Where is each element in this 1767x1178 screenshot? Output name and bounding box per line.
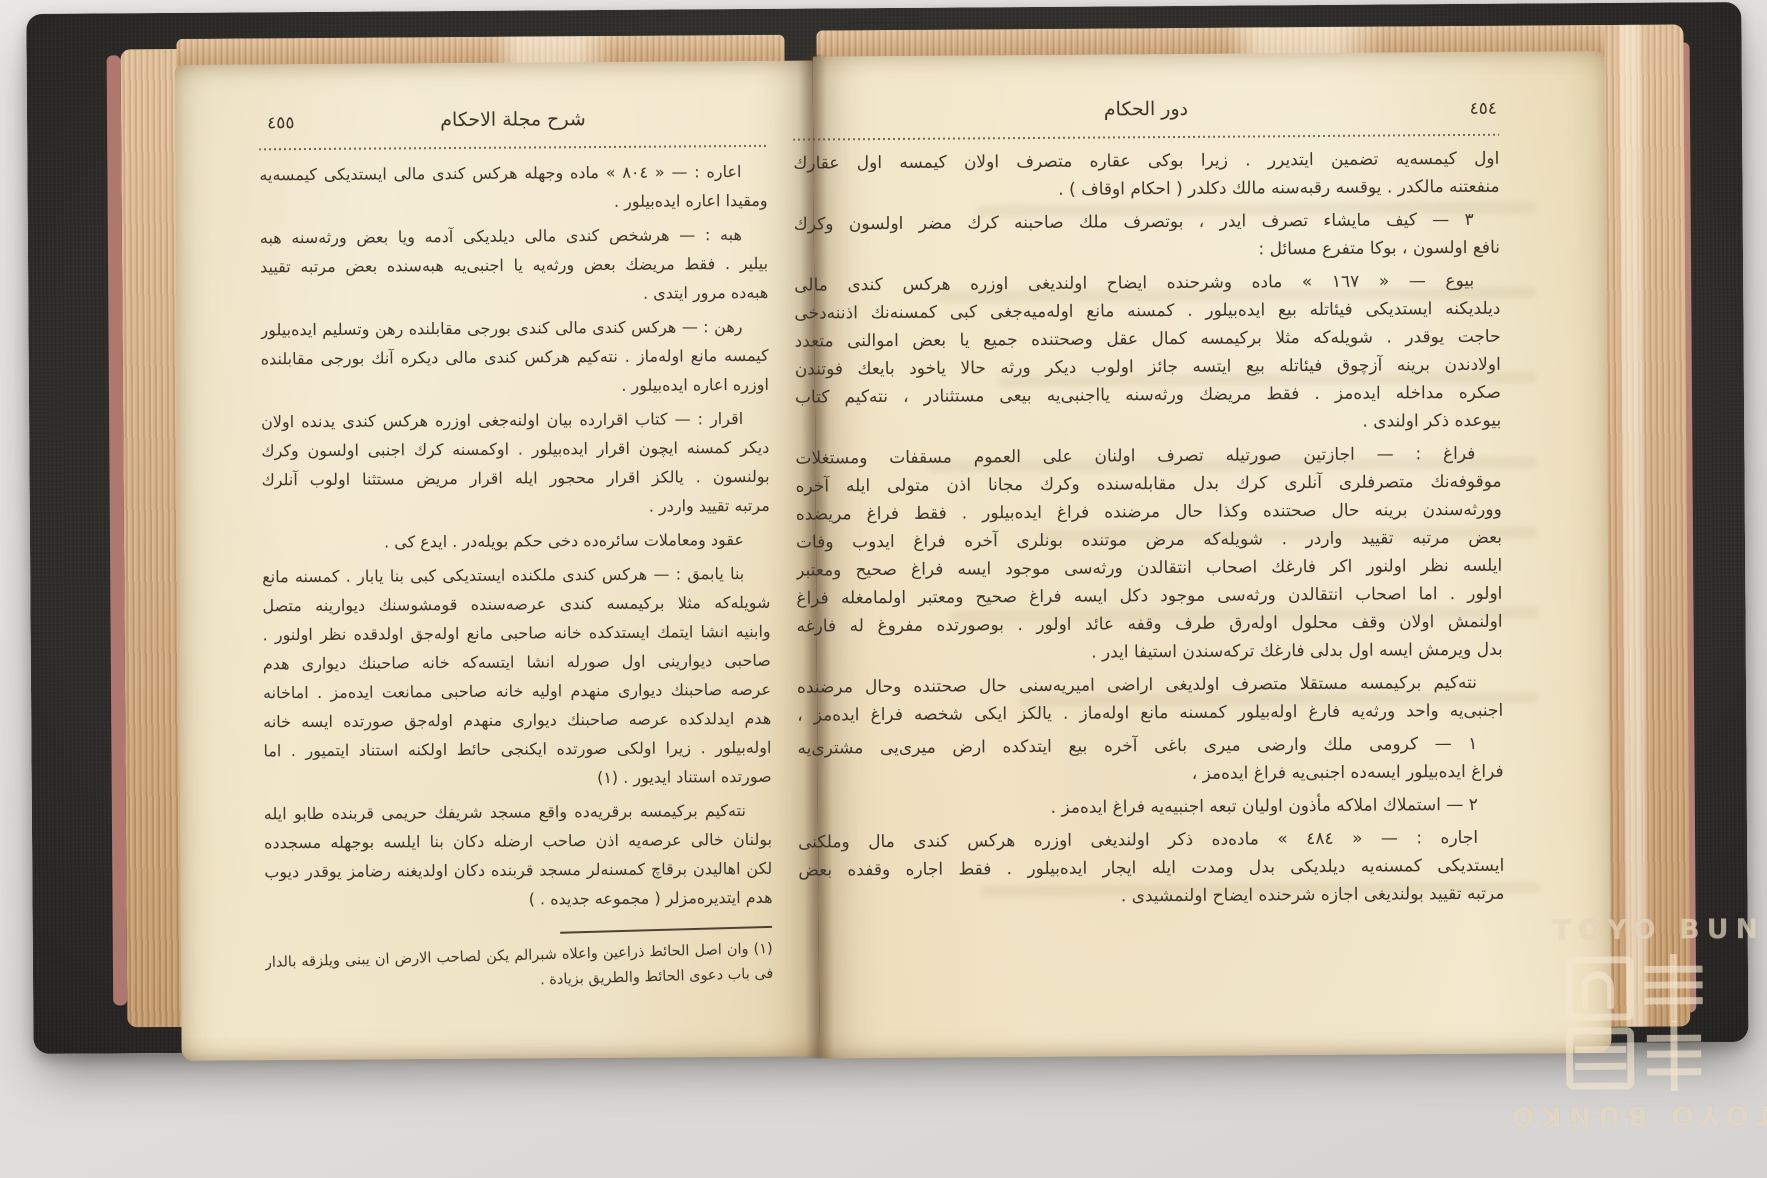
text-line: عقود ومعاملات سائره‌ده دخى حكم بويله‌در … [262, 525, 770, 558]
text-line: لكن اهاليدن برقاچ كمسنه‌لر مسجد قربنده د… [264, 854, 772, 887]
right-page-body: اول كيمسه‌يه تضمين ايتديرر . زيرا بوكى ع… [793, 146, 1504, 914]
text-line: وابنيه انشا ايتمك ايستدكده خانه صاحبى ما… [263, 617, 771, 650]
text-line: نته‌كيم بركيمسه برقريه‌ده واقع مسجد شريف… [264, 796, 772, 829]
text-line: رهن : — هركس كندى مالى كندى بورجى مقابلن… [260, 312, 768, 345]
text-line: نافع اولسون ، بوكا متفرع مسائل : [794, 235, 1500, 268]
text-line: كيمسه مانع اوله‌ماز . نته‌كيم هركس كندى … [261, 341, 769, 374]
text-line: بولنسون . يالكز اقرار محجور ايله اقرار م… [261, 462, 769, 495]
text-line: فراغ ايده‌بيلور ايسه‌ده اجنبى‌يه فراغ اي… [798, 759, 1504, 792]
header-rule [259, 145, 767, 151]
right-page-header: ٤٥٤ دور الحكام [793, 96, 1499, 135]
text-line: اجنبى‌يه واحد ورثه‌يه فارغ اوله‌بيلور كم… [797, 698, 1503, 731]
book: ٤٥٥ شرح مجلة الاحكام اعاره : — « ٨٠٤ » م… [26, 2, 1748, 1084]
left-page-header-title: شرح مجلة الاحكام [259, 107, 767, 133]
text-line: بولنان خالى عرصه‌يه اذن صاحب ارضله دكان … [264, 825, 772, 858]
text-line: صاحبى ديوارينى اول صورله انشا ايتسه‌كه خ… [263, 646, 771, 679]
photo-backdrop: ٤٥٥ شرح مجلة الاحكام اعاره : — « ٨٠٤ » م… [0, 0, 1767, 1178]
text-line: ٢ — استملاك املاكه مأذون اوليان تبعه اجن… [798, 792, 1504, 825]
text-line: بيوعده ذكر اولندى . [795, 408, 1501, 441]
text-line: صورتده استناد ايديور . (١) [264, 762, 772, 795]
text-line: شويله‌كه مثلا بركيمسه كندى عرصه‌سنده قوم… [262, 588, 770, 621]
text-line: مرتبه تقييد بولنديغى اجازه شرحنده ايضاح … [798, 881, 1504, 914]
text-line: عرصه صاحبنك ديوارى منهدم اوليه خانه صاحب… [263, 675, 771, 708]
text-line: بنا يابمق : — هركس كندى ملكنده ايستديكى … [262, 559, 770, 592]
right-page-header-title: دور الحكام [793, 96, 1499, 123]
text-line: هبه : — هرشخص كندى مالى ديلديكى آدمه ويا… [260, 220, 768, 253]
left-page-body: اعاره : — « ٨٠٤ » ماده وجهله هركس كندى م… [259, 157, 772, 916]
text-line: بدل ويرمش ايسه اول بدلى فارغك تركه‌سندن … [797, 637, 1503, 670]
text-line: اوله‌بيلور . زيرا اولكى صورتده ايكنجى حا… [263, 733, 771, 766]
footnote-rule [560, 926, 772, 934]
text-line: اقرار : — كتاب اقرارده بيان اولنه‌جغى او… [261, 404, 769, 437]
text-line: هبه‌ده مرور ايتدى . [260, 278, 768, 311]
header-rule [793, 134, 1499, 141]
text-line: ديكر كمسنه ايچون اقرار ايده‌بيلور . اوكم… [261, 433, 769, 466]
text-line: اعاره : — « ٨٠٤ » ماده وجهله هركس كندى م… [259, 157, 767, 190]
watermark-text-bottom: TOYO BUNKO [1514, 1099, 1767, 1132]
text-line: اوزره اعاره ايده‌بيلور . [261, 370, 769, 403]
left-page-content: ٤٥٥ شرح مجلة الاحكام اعاره : — « ٨٠٤ » م… [259, 107, 773, 991]
right-page-content: ٤٥٤ دور الحكام اول كيمسه‌يه تضمين ايتدير… [793, 96, 1505, 914]
text-line: هدم ايدلدكده عرصه صاحبنك ديوارى منهدم او… [263, 704, 771, 737]
text-line: هدم ايتديره‌مزلر ( مجموعه جديده . ) [264, 883, 772, 916]
text-line: مرتبه تقييد واردر . [262, 491, 770, 524]
text-line: منفعتنه مالكدر . يوقسه رقبه‌سنه مالك دكل… [793, 174, 1499, 207]
left-page-header: ٤٥٥ شرح مجلة الاحكام [259, 107, 767, 145]
text-line: بيلير . فقط مريضك بعض ورثه‌يه يا اجنبى‌ي… [260, 249, 768, 282]
text-line: ومقيدا اعاره ايده‌بيلور . [260, 186, 768, 219]
